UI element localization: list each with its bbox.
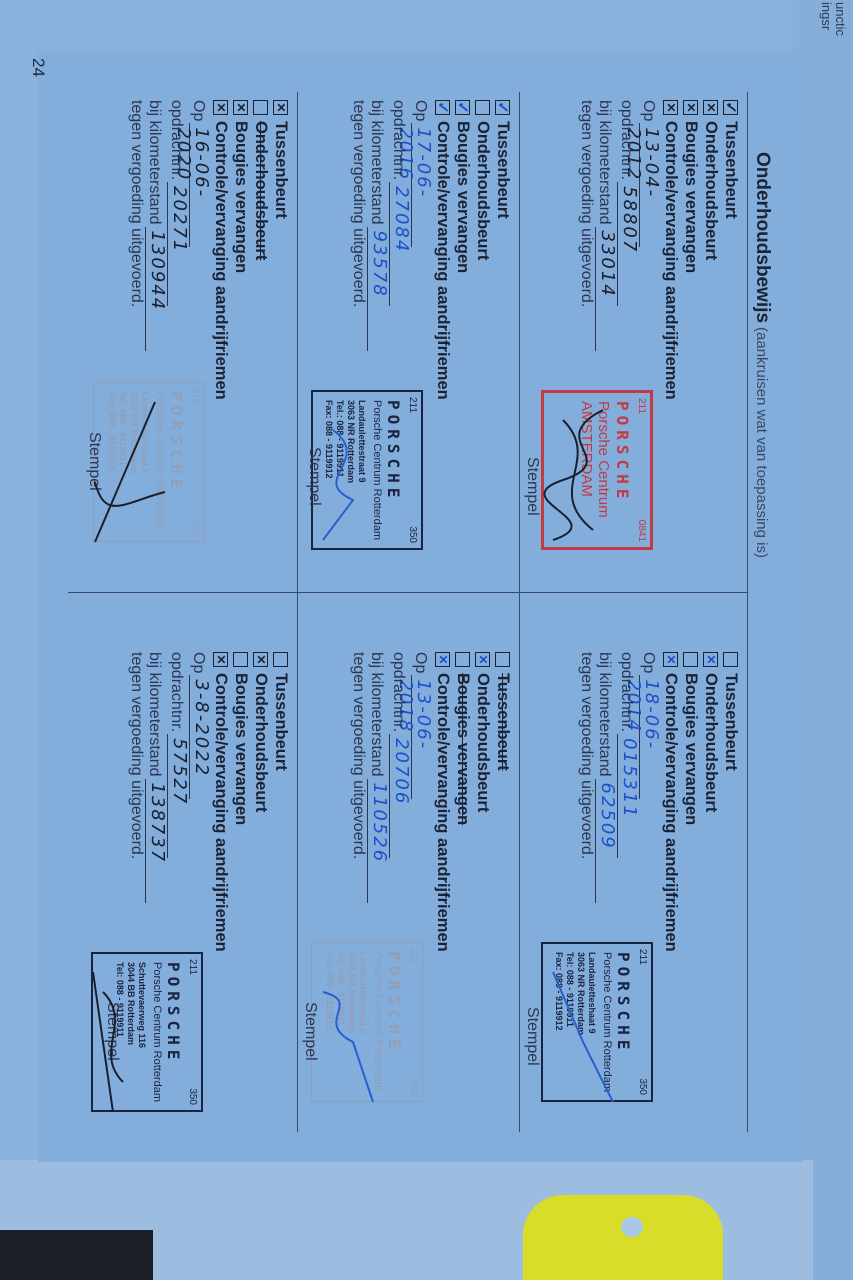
page-title: Onderhoudsbewijs(aankruisen wat van toep…: [751, 152, 773, 558]
checkbox[interactable]: [496, 100, 511, 115]
maintenance-certificate: Onderhoudsbewijs(aankruisen wat van toep…: [38, 52, 803, 1162]
mileage-value[interactable]: 33014: [595, 227, 616, 351]
signature-icon: [533, 952, 623, 1112]
order-number-value[interactable]: 58807: [617, 182, 638, 306]
option-controle[interactable]: Controle/vervanging aandrijfriemen: [433, 652, 453, 1092]
divider-row-2: [297, 92, 298, 1132]
stamp-number-left: 211: [407, 397, 418, 413]
stamp-number-right: 350: [190, 519, 201, 536]
checkbox[interactable]: [436, 652, 451, 667]
checkbox[interactable]: [724, 100, 739, 115]
date-value[interactable]: 13-04-2012: [639, 123, 660, 247]
checkbox[interactable]: [684, 652, 699, 667]
option-onderhoudsbeurt[interactable]: Onderhoudsbeurt: [251, 652, 271, 1092]
background-dark-edge: [0, 1230, 153, 1280]
rotated-page: unctic ingsr Onderhoudsbewijs(aankruisen…: [0, 0, 853, 1280]
option-bougies[interactable]: Bougies vervangen: [231, 100, 251, 540]
checkbox[interactable]: [254, 652, 269, 667]
option-bougies[interactable]: Bougies vervangen: [231, 652, 251, 1092]
option-onderhoudsbeurt[interactable]: Onderhoudsbeurt: [701, 100, 721, 540]
key-tag-hole: [621, 1217, 643, 1237]
yellow-key-tag: [523, 1195, 723, 1280]
stamp-number-right: 350: [407, 526, 418, 543]
order-number-value[interactable]: 57527: [167, 734, 188, 858]
checkbox[interactable]: [664, 100, 679, 115]
checkbox[interactable]: [234, 652, 249, 667]
option-bougies[interactable]: Bougies vervangen: [681, 100, 701, 540]
date-value[interactable]: 13-06-2018: [411, 675, 432, 799]
signature-icon: [83, 962, 173, 1122]
stamp-number-right: 350: [408, 1079, 419, 1096]
stamp-number-right: 0841: [636, 520, 647, 542]
divider-top: [747, 92, 748, 1132]
checkbox[interactable]: [724, 652, 739, 667]
checkbox[interactable]: [274, 652, 289, 667]
option-controle[interactable]: Controle/vervanging aandrijfriemen: [211, 100, 231, 540]
option-controle[interactable]: Controle/vervanging aandrijfriemen: [661, 100, 681, 540]
stamp-number-left: 211: [190, 388, 201, 404]
order-number-value[interactable]: 20706: [389, 734, 410, 858]
option-onderhoudsbeurt[interactable]: Onderhoudsbeurt: [251, 100, 271, 540]
stamp-number-right: 350: [187, 1088, 198, 1105]
option-onderhoudsbeurt[interactable]: Onderhoudsbeurt: [473, 652, 493, 1092]
mileage-value[interactable]: 110526: [367, 779, 388, 903]
checkbox[interactable]: [684, 100, 699, 115]
mileage-value[interactable]: 138737: [145, 779, 166, 903]
checkbox[interactable]: [456, 100, 471, 115]
stamp-number-left: 211: [408, 948, 419, 964]
signature-icon: [85, 392, 175, 552]
option-bougies[interactable]: Bougies vervangen: [453, 100, 473, 540]
option-tussenbeurt[interactable]: Tussenbeurt: [493, 100, 513, 540]
stamp-number-right: 350: [637, 1078, 648, 1095]
page-subtitle: (aankruisen wat van toepassing is): [753, 327, 770, 558]
option-tussenbeurt[interactable]: Tussenbeurt: [493, 652, 513, 1092]
stamp-number-left: 211: [637, 949, 648, 965]
checkbox[interactable]: [664, 652, 679, 667]
checkbox[interactable]: [456, 652, 471, 667]
order-number-value[interactable]: 20271: [167, 182, 188, 306]
date-value[interactable]: 3-8-2022: [189, 675, 210, 799]
signature-icon: [303, 400, 393, 560]
option-tussenbeurt[interactable]: Tussenbeurt: [271, 100, 291, 540]
divider-row-1: [519, 92, 520, 1132]
mileage-value[interactable]: 62509: [595, 779, 616, 903]
mileage-value[interactable]: 93578: [367, 227, 388, 351]
signature-icon: [533, 400, 623, 560]
checkbox[interactable]: [214, 100, 229, 115]
date-value[interactable]: 17-06-2016: [411, 123, 432, 247]
checkbox[interactable]: [496, 652, 511, 667]
checkbox[interactable]: [274, 100, 289, 115]
stamp-number-left: 211: [187, 959, 198, 975]
checkbox[interactable]: [704, 652, 719, 667]
mileage-value[interactable]: 130944: [145, 227, 166, 351]
checkbox[interactable]: [436, 100, 451, 115]
option-controle[interactable]: Controle/vervanging aandrijfriemen: [661, 652, 681, 1092]
option-onderhoudsbeurt[interactable]: Onderhoudsbeurt: [473, 100, 493, 540]
option-tussenbeurt[interactable]: Tussenbeurt: [721, 652, 741, 1092]
option-onderhoudsbeurt[interactable]: Onderhoudsbeurt: [701, 652, 721, 1092]
checkbox[interactable]: [476, 652, 491, 667]
date-value[interactable]: 18-06-2014: [639, 675, 660, 799]
option-controle[interactable]: Controle/vervanging aandrijfriemen: [211, 652, 231, 1092]
option-tussenbeurt[interactable]: Tussenbeurt: [721, 100, 741, 540]
checkbox[interactable]: [234, 100, 249, 115]
date-value[interactable]: 16-06-2020: [189, 123, 210, 247]
page-number: 24: [28, 58, 48, 77]
signature-icon: [303, 952, 393, 1112]
option-tussenbeurt[interactable]: Tussenbeurt: [271, 652, 291, 1092]
prev-page-fragment: unctic ingsr: [819, 2, 847, 36]
stamp-number-left: 211: [636, 398, 647, 414]
checkbox[interactable]: [254, 100, 269, 115]
checkbox[interactable]: [476, 100, 491, 115]
checkbox[interactable]: [214, 652, 229, 667]
option-bougies[interactable]: Bougies vervangen: [681, 652, 701, 1092]
option-controle[interactable]: Controle/vervanging aandrijfriemen: [433, 100, 453, 540]
divider-column: [68, 592, 748, 593]
option-bougies[interactable]: Bougies vervangen: [453, 652, 473, 1092]
checkbox[interactable]: [704, 100, 719, 115]
order-number-value[interactable]: 015311: [617, 734, 638, 858]
order-number-value[interactable]: 27084: [389, 182, 410, 306]
